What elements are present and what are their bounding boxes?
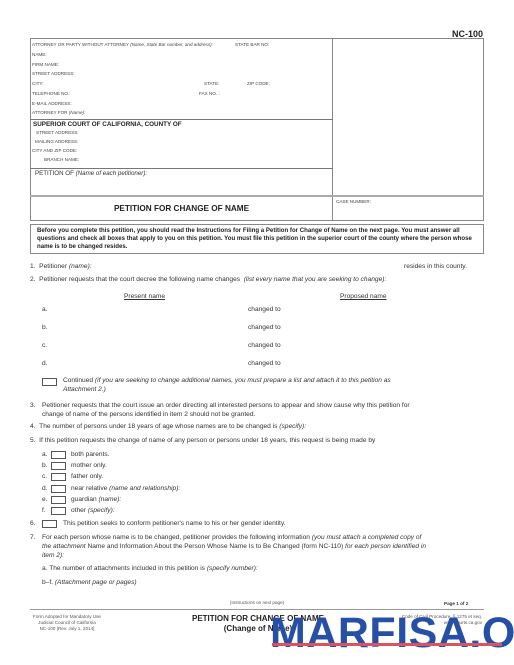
name-row-changed-to: changed to (248, 306, 281, 315)
telephone-label[interactable]: TELEPHONE NO.: (32, 91, 71, 96)
page-number: Page 1 of 2 (444, 601, 468, 607)
court-city-zip-label[interactable]: CITY AND ZIP CODE: (32, 148, 77, 153)
gender-identity-label: This petition seeks to conform petitione… (63, 520, 286, 529)
court-street-label[interactable]: STREET ADDRESS: (36, 130, 79, 135)
father-only-checkbox[interactable] (51, 473, 66, 481)
guardian-label: guardian (name): (71, 496, 121, 505)
gender-identity-checkbox[interactable] (42, 520, 57, 528)
name-row-changed-to: changed to (248, 324, 281, 333)
name-label[interactable]: NAME: (32, 52, 47, 57)
court-mailing-label[interactable]: MAILING ADDRESS: (35, 139, 78, 144)
father-only-label: father only. (71, 473, 103, 482)
item-2: 2. Petitioner requests that the court de… (30, 276, 386, 285)
name-row-letter: d. (42, 360, 48, 369)
near-relative-label: near relative (name and relationship): (71, 485, 180, 494)
fax-label[interactable]: FAX NO. : (199, 91, 220, 96)
other-label: other (specify): (71, 507, 115, 516)
item-7-line2: the attachment Name and Information Abou… (42, 543, 426, 552)
both-parents-label: both parents. (71, 451, 110, 460)
item-4[interactable]: 4. The number of persons under 18 years … (30, 423, 306, 432)
proposed-name-header: Proposed name (340, 293, 387, 302)
divider (30, 195, 484, 197)
page-title: PETITION FOR CHANGE OF NAME (30, 204, 333, 213)
state-bar-label: STATE BAR NO: (235, 42, 269, 47)
email-label[interactable]: E-MAIL ADDRESS: (32, 101, 72, 106)
mother-only-checkbox[interactable] (51, 462, 66, 470)
item-3-line1: Petitioner requests that the court issue… (42, 402, 410, 411)
both-parents-checkbox[interactable] (51, 451, 66, 459)
state-label[interactable]: STATE: (204, 81, 219, 86)
item-3-line2: change of name of the persons identified… (42, 411, 255, 420)
instructions-notice: Before you complete this petition, you s… (30, 224, 484, 254)
watermark-logo: MARFISA.ORG (270, 611, 514, 655)
court-branch-label[interactable]: BRANCH NAME: (44, 157, 79, 162)
near-relative-checkbox[interactable] (51, 485, 66, 493)
continued-checkbox[interactable] (42, 378, 57, 386)
item-7-line1: For each person whose name is to be chan… (42, 534, 421, 543)
present-name-header: Present name (124, 293, 165, 302)
divider (30, 168, 333, 169)
form-adopted-info: Form Adopted for Mandatory Use Judicial … (22, 614, 112, 632)
city-label[interactable]: CITY: (32, 81, 44, 86)
option-letter: d. (42, 485, 48, 494)
case-number-label[interactable]: CASE NUMBER: (336, 199, 371, 204)
street-address-label[interactable]: STREET ADDRESS: (32, 71, 75, 76)
item-5: 5. If this petition requests the change … (30, 437, 375, 446)
court-title: SUPERIOR COURT OF CALIFORNIA, COUNTY OF (33, 121, 182, 128)
option-letter: f. (42, 507, 46, 516)
other-checkbox[interactable] (51, 507, 66, 515)
firm-name-label[interactable]: FIRM NAME: (32, 62, 59, 67)
zip-label[interactable]: ZIP CODE: (247, 81, 270, 86)
option-letter: e. (42, 496, 48, 505)
mother-only-label: mother only. (71, 462, 107, 471)
option-letter: b. (42, 462, 48, 471)
item-7bf: b–f. (Attachment page or pages) (42, 579, 137, 588)
continued-label-line2: Attachment 2.) (63, 386, 106, 395)
watermark-underline (272, 643, 502, 646)
item-6-number: 6. (30, 520, 36, 529)
divider (30, 119, 333, 120)
guardian-checkbox[interactable] (51, 496, 66, 504)
item-1[interactable]: 1. Petitioner (name): (30, 263, 92, 272)
attorney-header: ATTORNEY OR PARTY WITHOUT ATTORNEY (Name… (32, 42, 213, 47)
option-letter: c. (42, 473, 47, 482)
name-row-letter: b. (42, 324, 48, 333)
name-row-letter: c. (42, 342, 47, 351)
name-row-letter: a. (42, 306, 48, 315)
item-3-number: 3. (30, 402, 36, 411)
item-7a[interactable]: a. The number of attachments included in… (42, 565, 258, 574)
item-7-line3: item 2): (42, 552, 64, 561)
petition-of-label[interactable]: PETITION OF (Name of each petitioner): (35, 170, 147, 177)
item-1-resides: resides in this county. (404, 263, 467, 272)
instructions-note: (Instructions on next page) (200, 600, 314, 606)
item-7-number: 7. (30, 534, 36, 543)
continued-label: Continued (if you are seeking to change … (63, 377, 391, 386)
name-row-changed-to: changed to (248, 342, 281, 351)
name-row-changed-to: changed to (248, 360, 281, 369)
option-letter: a. (42, 451, 48, 460)
attorney-for-label[interactable]: ATTORNEY FOR (Name): (32, 110, 85, 115)
